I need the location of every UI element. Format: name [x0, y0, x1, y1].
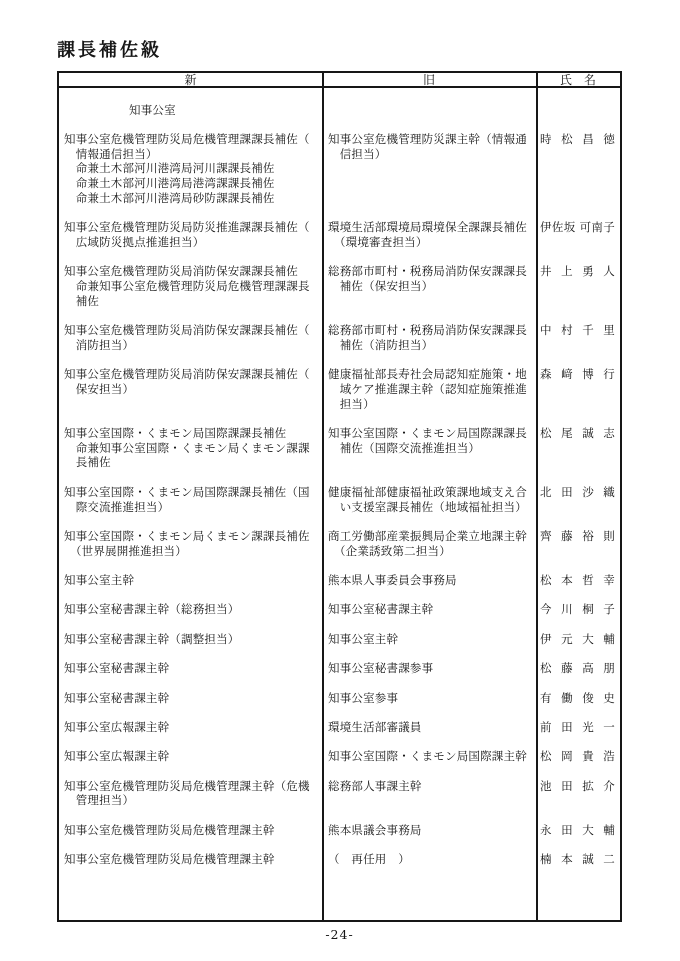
cell-person-name: 松 本 哲 幸 [536, 573, 620, 588]
cell-new-position: 知事公室国際・くまモン局くまモン課課長補佐 （世界展開推進担当） [59, 529, 322, 558]
cell-person-name: 時 松 昌 徳 [536, 132, 620, 147]
cell-old-position: 環境生活部審議員 [322, 720, 536, 735]
cell-person-name: 池 田 拡 介 [536, 779, 620, 794]
header-old-position: 旧 [322, 73, 536, 86]
page-number: -24- [57, 927, 622, 942]
cell-new-position: 知事公室危機管理防災局消防保安課課長補佐（ 消防担当） [59, 323, 322, 352]
cell-old-position: （ 再任用 ） [322, 852, 536, 867]
cell-person-name: 今 川 桐 子 [536, 602, 620, 617]
cell-new-position: 知事公室危機管理防災局危機管理課主幹（危機 管理担当） [59, 779, 322, 808]
cell-new-position: 知事公室危機管理防災局危機管理課主幹 [59, 823, 322, 838]
cell-old-position: 知事公室主幹 [322, 632, 536, 647]
cell-person-name: 中 村 千 里 [536, 323, 620, 338]
cell-old-position: 知事公室国際・くまモン局国際課主幹 [322, 749, 536, 764]
cell-old-position: 知事公室参事 [322, 691, 536, 706]
cell-new-position: 知事公室国際・くまモン局国際課課長補佐（国 際交流推進担当） [59, 485, 322, 514]
cell-person-name: 前 田 光 一 [536, 720, 620, 735]
cell-person-name: 永 田 大 輔 [536, 823, 620, 838]
cell-new-position: 知事公室国際・くまモン局国際課課長補佐 命兼知事公室国際・くまモン局くまモン課課… [59, 426, 322, 470]
cell-person-name: 齊 藤 裕 則 [536, 529, 620, 544]
cell-new-position: 知事公室主幹 [59, 573, 322, 588]
cell-old-position: 健康福祉部健康福祉政策課地域支え合 い支援室課長補佐（地域福祉担当） [322, 485, 536, 514]
cell-old-position: 知事公室国際・くまモン局国際課課長 補佐（国際交流推進担当） [322, 426, 536, 455]
cell-new-position: 知事公室危機管理防災局危機管理課主幹 [59, 852, 322, 867]
cell-new-position: 知事公室広報課主幹 [59, 720, 322, 735]
cell-new-position: 知事公室危機管理防災局消防保安課課長補佐（ 保安担当） [59, 367, 322, 396]
cell-new-position: 知事公室危機管理防災局防災推進課課長補佐（ 広域防災拠点推進担当） [59, 220, 322, 249]
cell-new-position: 知事公室秘書課主幹（総務担当） [59, 602, 322, 617]
cell-old-position: 商工労働部産業振興局企業立地課主幹 （企業誘致第二担当） [322, 529, 536, 558]
cell-new-position: 知事公室危機管理防災局消防保安課課長補佐 命兼知事公室危機管理防災局危機管理課課… [59, 264, 322, 308]
header-name: 氏 名 [536, 73, 620, 86]
cell-person-name: 森 﨑 博 行 [536, 367, 620, 382]
column-divider-new-old [322, 73, 324, 920]
document-page: { "page": { "title": "課長補佐級", "page_numb… [0, 0, 680, 961]
cell-old-position: 知事公室秘書課参事 [322, 661, 536, 676]
cell-person-name: 伊 元 大 輔 [536, 632, 620, 647]
cell-old-position: 熊本県人事委員会事務局 [322, 573, 536, 588]
column-divider-old-name [536, 73, 538, 920]
cell-old-position: 総務部市町村・税務局消防保安課課長 補佐（消防担当） [322, 323, 536, 352]
cell-person-name: 松 岡 貴 浩 [536, 749, 620, 764]
cell-old-position: 熊本県議会事務局 [322, 823, 536, 838]
cell-person-name: 井 上 勇 人 [536, 264, 620, 279]
cell-person-name: 北 田 沙 織 [536, 485, 620, 500]
cell-old-position: 健康福祉部長寿社会局認知症施策・地 域ケア推進課主幹（認知症施策推進 担当） [322, 367, 536, 411]
cell-new-position: 知事公室秘書課主幹 [59, 661, 322, 676]
cell-person-name: 有 働 俊 史 [536, 691, 620, 706]
cell-person-name: 松 藤 高 朋 [536, 661, 620, 676]
cell-person-name: 楠 本 誠 二 [536, 852, 620, 867]
cell-person-name: 伊佐坂 可南子 [536, 220, 620, 235]
personnel-table: 新 旧 氏 名 知事公室 知事公室危機管理防災局危機管理課課長補佐（ 情報通信担… [57, 71, 622, 922]
cell-person-name: 松 尾 誠 志 [536, 426, 620, 441]
page-title: 課長補佐級 [57, 36, 162, 62]
cell-old-position: 環境生活部環境局環境保全課課長補佐 （環境審査担当） [322, 220, 536, 249]
cell-old-position: 総務部市町村・税務局消防保安課課長 補佐（保安担当） [322, 264, 536, 293]
cell-new-position: 知事公室秘書課主幹（調整担当） [59, 632, 322, 647]
cell-old-position: 知事公室危機管理防災課主幹（情報通 信担当） [322, 132, 536, 161]
cell-new-position: 知事公室秘書課主幹 [59, 691, 322, 706]
header-new-position: 新 [59, 73, 322, 86]
cell-old-position: 総務部人事課主幹 [322, 779, 536, 794]
cell-old-position: 知事公室秘書課主幹 [322, 602, 536, 617]
cell-new-position: 知事公室広報課主幹 [59, 749, 322, 764]
cell-new-position: 知事公室危機管理防災局危機管理課課長補佐（ 情報通信担当） 命兼土木部河川港湾局… [59, 132, 322, 206]
